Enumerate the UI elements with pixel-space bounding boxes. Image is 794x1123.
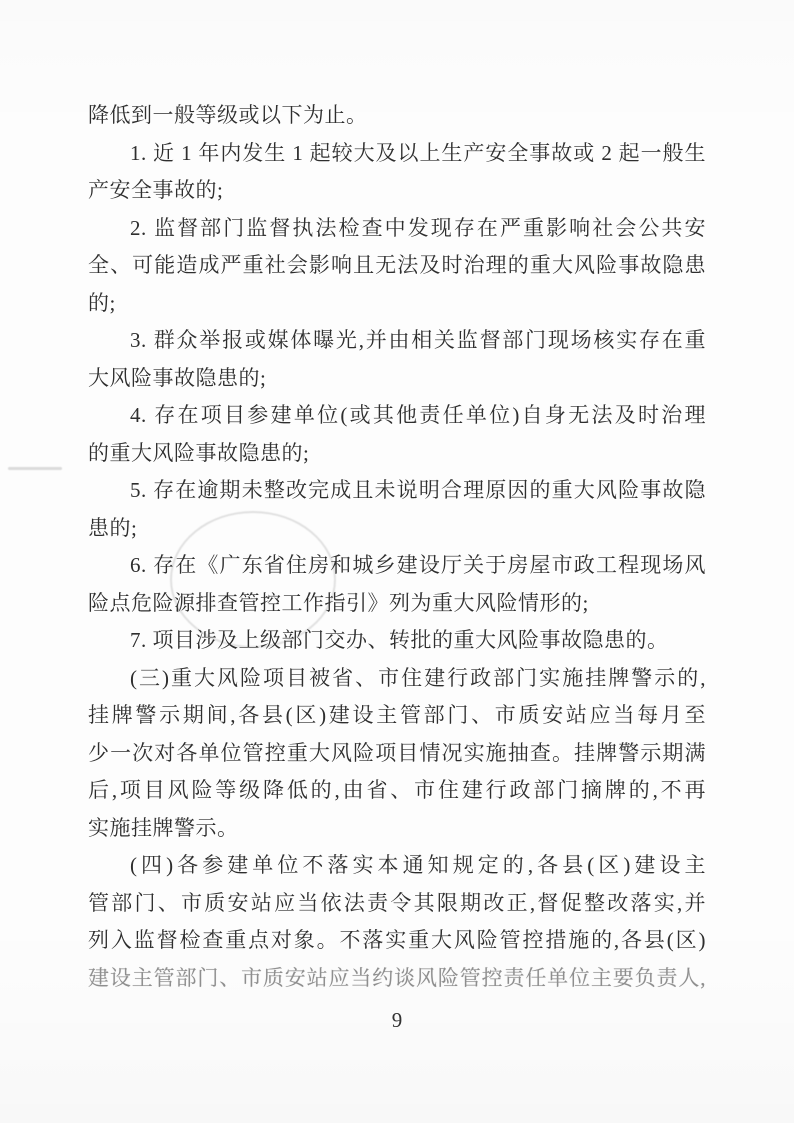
text-line: 2. 监督部门监督执法检查中发现存在严重影响社会公共安	[88, 210, 706, 248]
text-line: 大风险事故隐患的;	[88, 360, 706, 398]
text-line: 3. 群众举报或媒体曝光,并由相关监督部门现场核实存在重	[88, 322, 706, 360]
text-line: 6. 存在《广东省住房和城乡建设厅关于房屋市政工程现场风	[88, 547, 706, 585]
text-line: 4. 存在项目参建单位(或其他责任单位)自身无法及时治理	[88, 397, 706, 435]
text-line: 险点危险源排查管控工作指引》列为重大风险情形的;	[88, 585, 706, 623]
text-line: (四)各参建单位不落实本通知规定的,各县(区)建设主	[88, 847, 706, 885]
text-line: 少一次对各单位管控重大风险项目情况实施抽查。挂牌警示期满	[88, 735, 706, 773]
text-line: 后,项目风险等级降低的,由省、市住建行政部门摘牌的,不再	[88, 772, 706, 810]
text-line: 的;	[88, 285, 706, 323]
page-number: 9	[0, 1008, 794, 1033]
text-line: 列入监督检查重点对象。不落实重大风险管控措施的,各县(区)	[88, 922, 706, 960]
text-line: 降低到一般等级或以下为止。	[88, 97, 706, 135]
text-line: 的重大风险事故隐患的;	[88, 435, 706, 473]
scanned-document-page: 降低到一般等级或以下为止。1. 近 1 年内发生 1 起较大及以上生产安全事故或…	[0, 0, 794, 1123]
text-line: 挂牌警示期间,各县(区)建设主管部门、市质安站应当每月至	[88, 697, 706, 735]
text-line: 实施挂牌警示。	[88, 810, 706, 848]
text-line: 产安全事故的;	[88, 172, 706, 210]
text-line: 患的;	[88, 510, 706, 548]
text-line: 1. 近 1 年内发生 1 起较大及以上生产安全事故或 2 起一般生	[88, 135, 706, 173]
text-line: 7. 项目涉及上级部门交办、转批的重大风险事故隐患的。	[88, 622, 706, 660]
document-body: 降低到一般等级或以下为止。1. 近 1 年内发生 1 起较大及以上生产安全事故或…	[88, 97, 706, 997]
text-line: 全、可能造成严重社会影响且无法及时治理的重大风险事故隐患	[88, 247, 706, 285]
text-line: 5. 存在逾期未整改完成且未说明合理原因的重大风险事故隐	[88, 472, 706, 510]
scan-smudge-artifact	[8, 467, 62, 470]
text-line: (三)重大风险项目被省、市住建行政部门实施挂牌警示的,	[88, 660, 706, 698]
text-line: 管部门、市质安站应当依法责令其限期改正,督促整改落实,并	[88, 885, 706, 923]
text-line: 建设主管部门、市质安站应当约谈风险管控责任单位主要负责人,	[88, 960, 706, 998]
